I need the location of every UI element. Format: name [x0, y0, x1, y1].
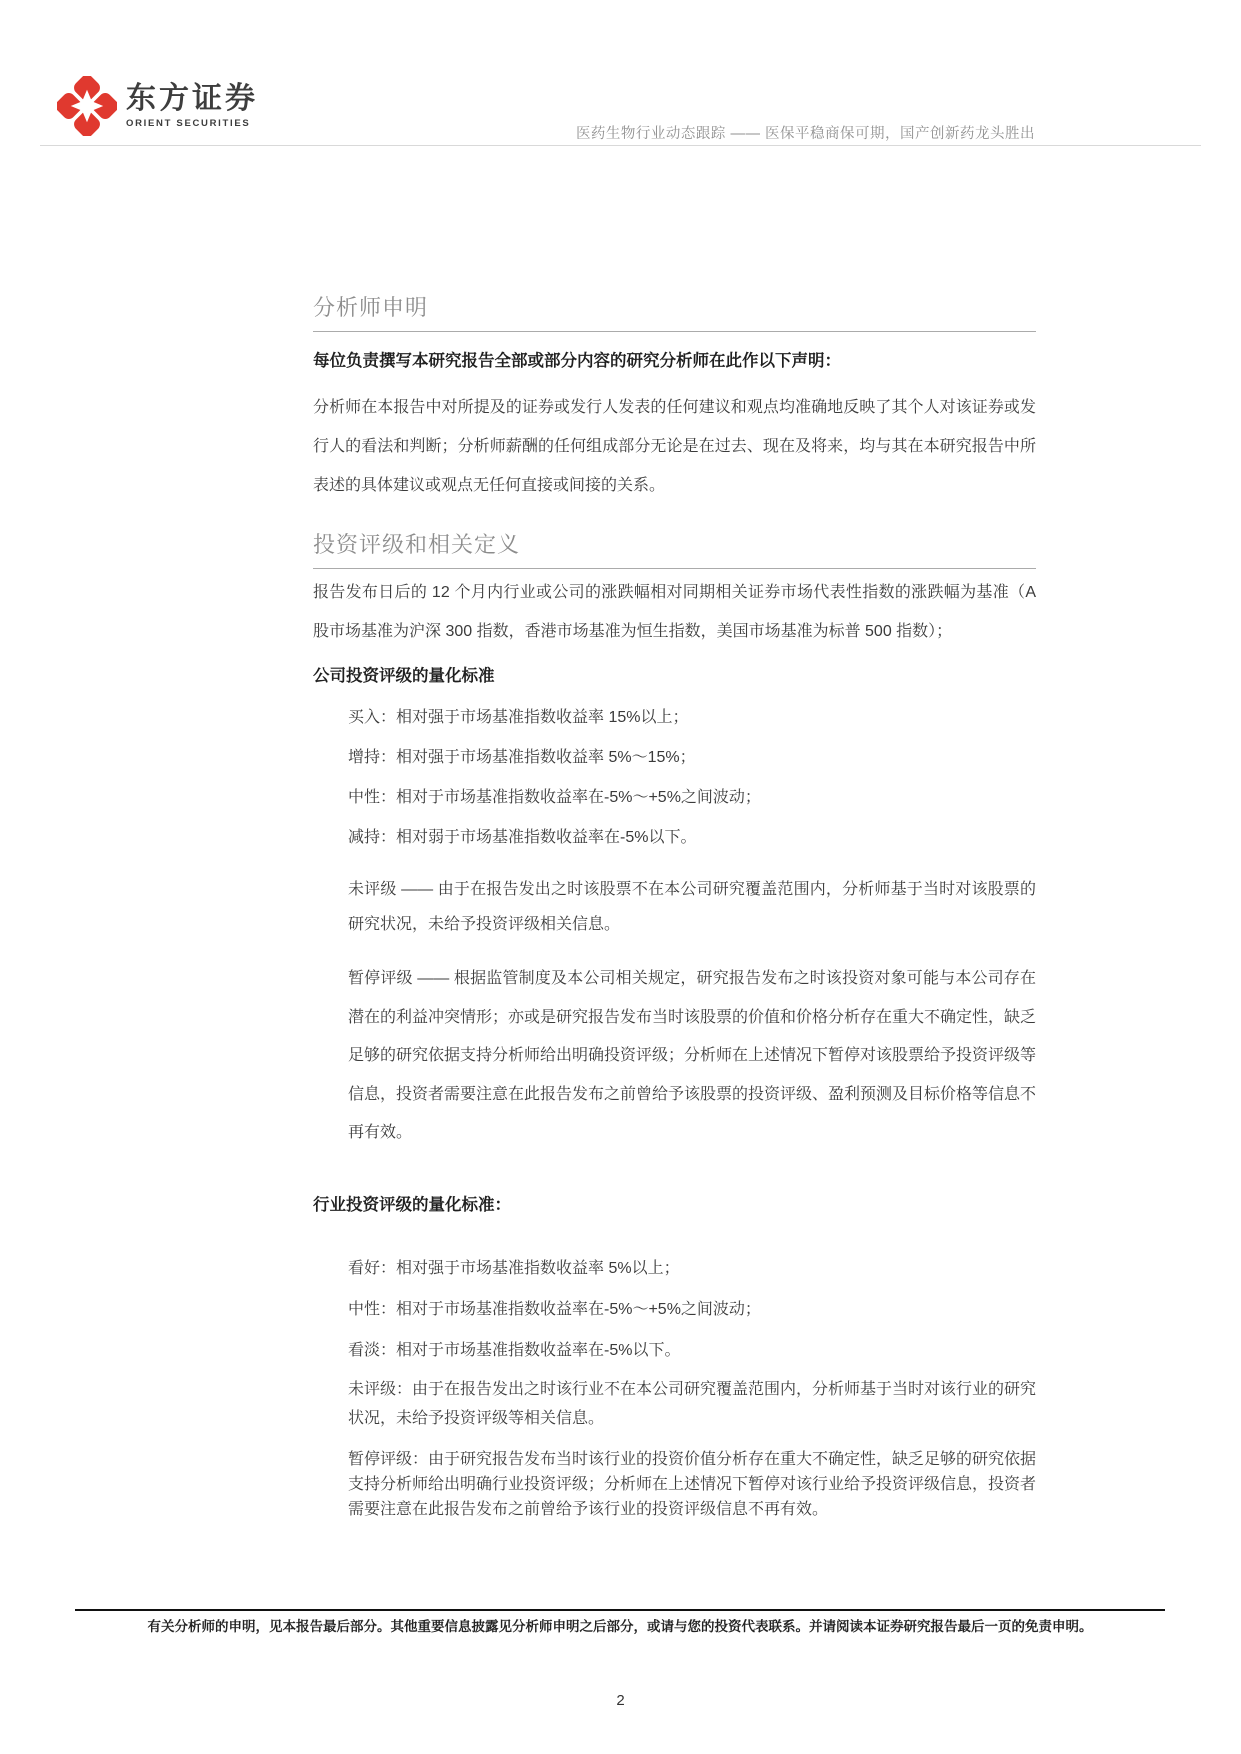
industry-rating-list: 看好：相对强于市场基准指数收益率 5%以上； 中性：相对于市场基准指数收益率在-… — [348, 1248, 1036, 1371]
industry-rating-note-unrated: 未评级：由于在报告发出之时该行业不在本公司研究覆盖范围内，分析师基于当时对该行业… — [348, 1375, 1036, 1433]
footer-divider — [75, 1609, 1165, 1611]
analyst-statement-lead: 每位负责撰写本研究报告全部或部分内容的研究分析师在此作以下声明： — [313, 350, 1036, 372]
company-rating-list: 买入：相对强于市场基准指数收益率 15%以上； 增持：相对强于市场基准指数收益率… — [348, 698, 1036, 858]
company-rating-item-overweight: 增持：相对强于市场基准指数收益率 5%～15%； — [348, 738, 1036, 778]
industry-rating-item-neutral: 中性：相对于市场基准指数收益率在-5%～+5%之间波动； — [348, 1289, 1036, 1330]
company-rating-heading: 公司投资评级的量化标准 — [313, 665, 1036, 687]
brand-name-cn: 东方证券 — [126, 83, 258, 115]
section-title-analyst-statement: 分析师申明 — [313, 294, 1036, 332]
rating-benchmark-intro: 报告发布日后的 12 个月内行业或公司的涨跌幅相对同期相关证券市场代表性指数的涨… — [313, 573, 1036, 651]
company-rating-item-buy: 买入：相对强于市场基准指数收益率 15%以上； — [348, 698, 1036, 738]
company-rating-item-neutral: 中性：相对于市场基准指数收益率在-5%～+5%之间波动； — [348, 778, 1036, 818]
industry-rating-heading: 行业投资评级的量化标准： — [313, 1194, 1036, 1216]
page-number: 2 — [0, 1692, 1241, 1709]
company-rating-note-suspended: 暂停评级 —— 根据监管制度及本公司相关规定，研究报告发布之时该投资对象可能与本… — [348, 960, 1036, 1153]
brand-logo: 东方证券 ORIENT SECURITIES — [57, 76, 258, 136]
brand-text: 东方证券 ORIENT SECURITIES — [126, 83, 258, 129]
analyst-statement-body: 分析师在本报告中对所提及的证券或发行人发表的任何建议和观点均准确地反映了其个人对… — [313, 388, 1036, 505]
section-title-rating-definitions: 投资评级和相关定义 — [313, 531, 1036, 569]
industry-rating-item-negative: 看淡：相对于市场基准指数收益率在-5%以下。 — [348, 1330, 1036, 1371]
company-rating-note-unrated: 未评级 —— 由于在报告发出之时该股票不在本公司研究覆盖范围内，分析师基于当时对… — [348, 872, 1036, 942]
industry-rating-note-suspended: 暂停评级：由于研究报告发布当时该行业的投资价值分析存在重大不确定性，缺乏足够的研… — [348, 1447, 1036, 1522]
industry-rating-item-positive: 看好：相对强于市场基准指数收益率 5%以上； — [348, 1248, 1036, 1289]
orient-securities-logo-icon — [57, 76, 117, 136]
header-divider — [40, 145, 1201, 146]
report-title: 医药生物行业动态跟踪 —— 医保平稳商保可期，国产创新药龙头胜出 — [576, 122, 1035, 143]
company-rating-item-underweight: 减持：相对弱于市场基准指数收益率在-5%以下。 — [348, 818, 1036, 858]
brand-name-en: ORIENT SECURITIES — [126, 118, 258, 129]
footer-disclaimer: 有关分析师的申明，见本报告最后部分。其他重要信息披露见分析师申明之后部分，或请与… — [75, 1617, 1165, 1637]
